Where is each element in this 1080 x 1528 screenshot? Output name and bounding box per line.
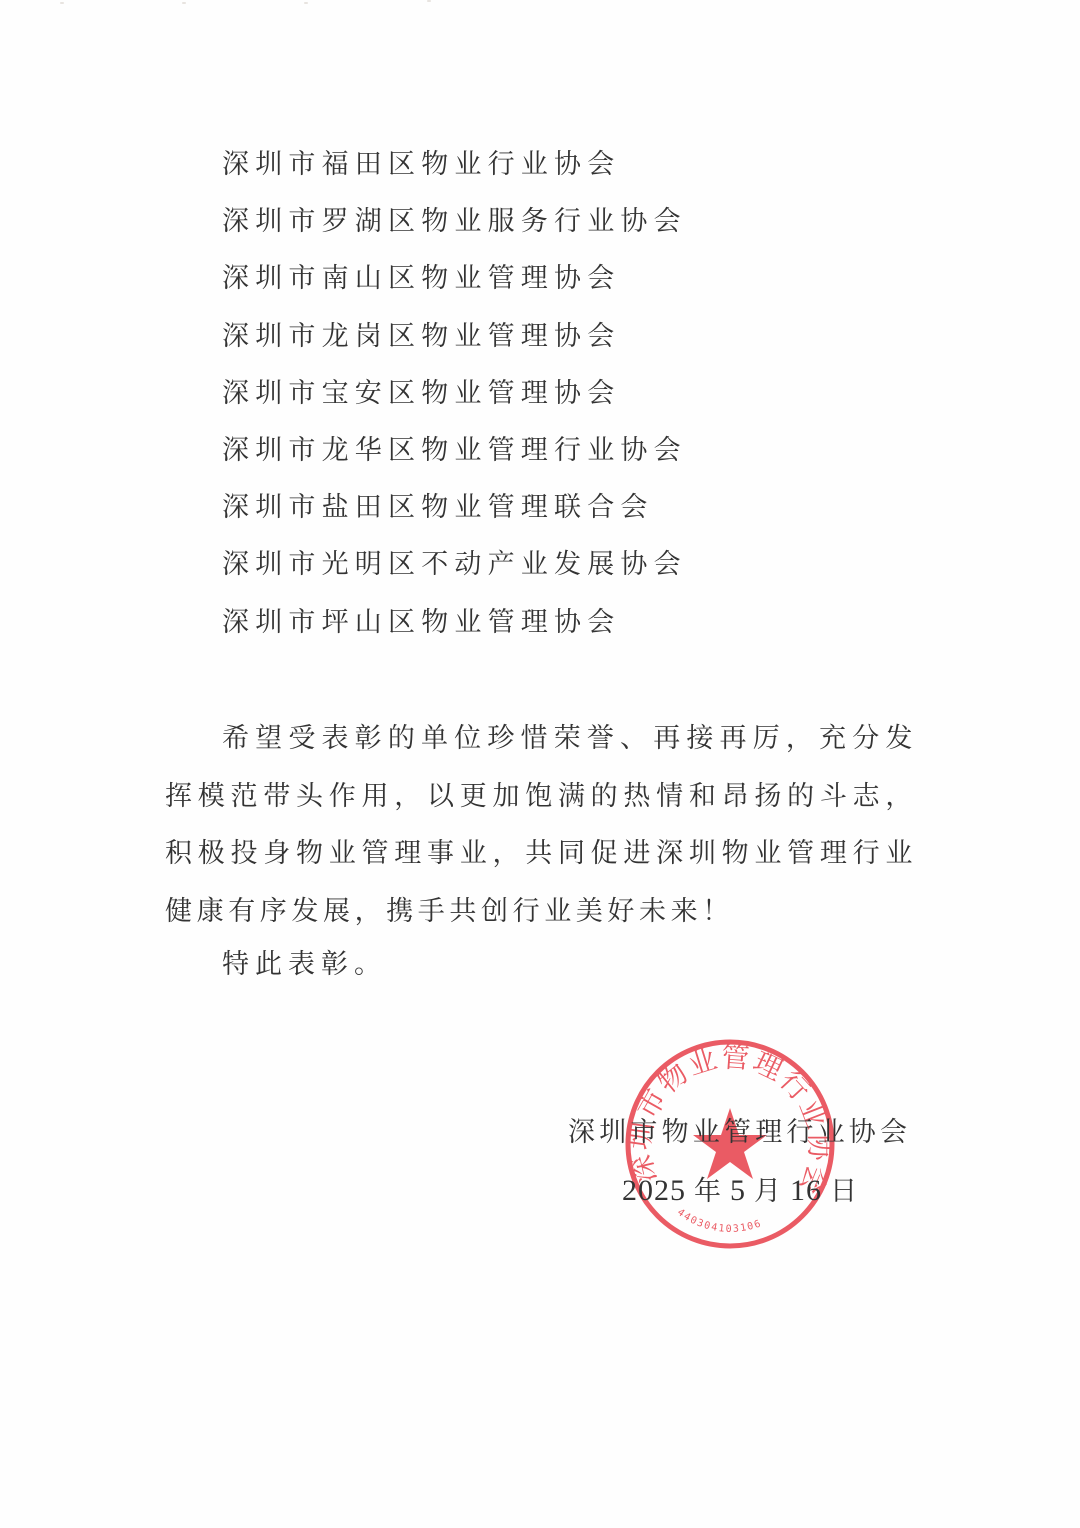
- date-day: 16: [790, 1174, 822, 1207]
- date-year-unit: 年: [694, 1176, 722, 1207]
- paragraph-text: 希望受表彰的单位珍惜荣誉、再接再厉，充分发挥模范带头作用，以更加饱满的热情和昂扬…: [165, 710, 917, 940]
- scan-artifact: [427, 0, 431, 2]
- organization-item: 深圳市福田区物业行业协会: [222, 140, 687, 197]
- awarded-organization-list: 深圳市福田区物业行业协会 深圳市罗湖区物业服务行业协会 深圳市南山区物业管理协会…: [222, 140, 687, 655]
- document-page: 深圳市福田区物业行业协会 深圳市罗湖区物业服务行业协会 深圳市南山区物业管理协会…: [0, 0, 1080, 1528]
- date-year: 2025: [622, 1174, 686, 1207]
- scan-artifact: [304, 2, 308, 4]
- scan-artifact: [60, 2, 64, 4]
- scan-artifact: [182, 2, 186, 4]
- organization-item: 深圳市宝安区物业管理协会: [222, 369, 687, 426]
- organization-item: 深圳市光明区不动产业发展协会: [222, 540, 687, 597]
- organization-item: 深圳市龙华区物业管理行业协会: [222, 426, 687, 483]
- closing-line: 特此表彰。: [222, 940, 387, 990]
- date-day-unit: 日: [830, 1176, 858, 1207]
- issuer-name: 深圳市物业管理行业协会: [568, 1108, 911, 1158]
- issue-date: 2025年5月16日: [622, 1166, 866, 1217]
- date-month-unit: 月: [754, 1176, 782, 1207]
- commendation-paragraph: 希望受表彰的单位珍惜荣誉、再接再厉，充分发挥模范带头作用，以更加饱满的热情和昂扬…: [165, 710, 917, 940]
- date-month: 5: [730, 1174, 746, 1207]
- organization-item: 深圳市罗湖区物业服务行业协会: [222, 197, 687, 254]
- organization-item: 深圳市坪山区物业管理协会: [222, 598, 687, 655]
- organization-item: 深圳市龙岗区物业管理协会: [222, 312, 687, 369]
- organization-item: 深圳市盐田区物业管理联合会: [222, 483, 687, 540]
- organization-item: 深圳市南山区物业管理协会: [222, 254, 687, 311]
